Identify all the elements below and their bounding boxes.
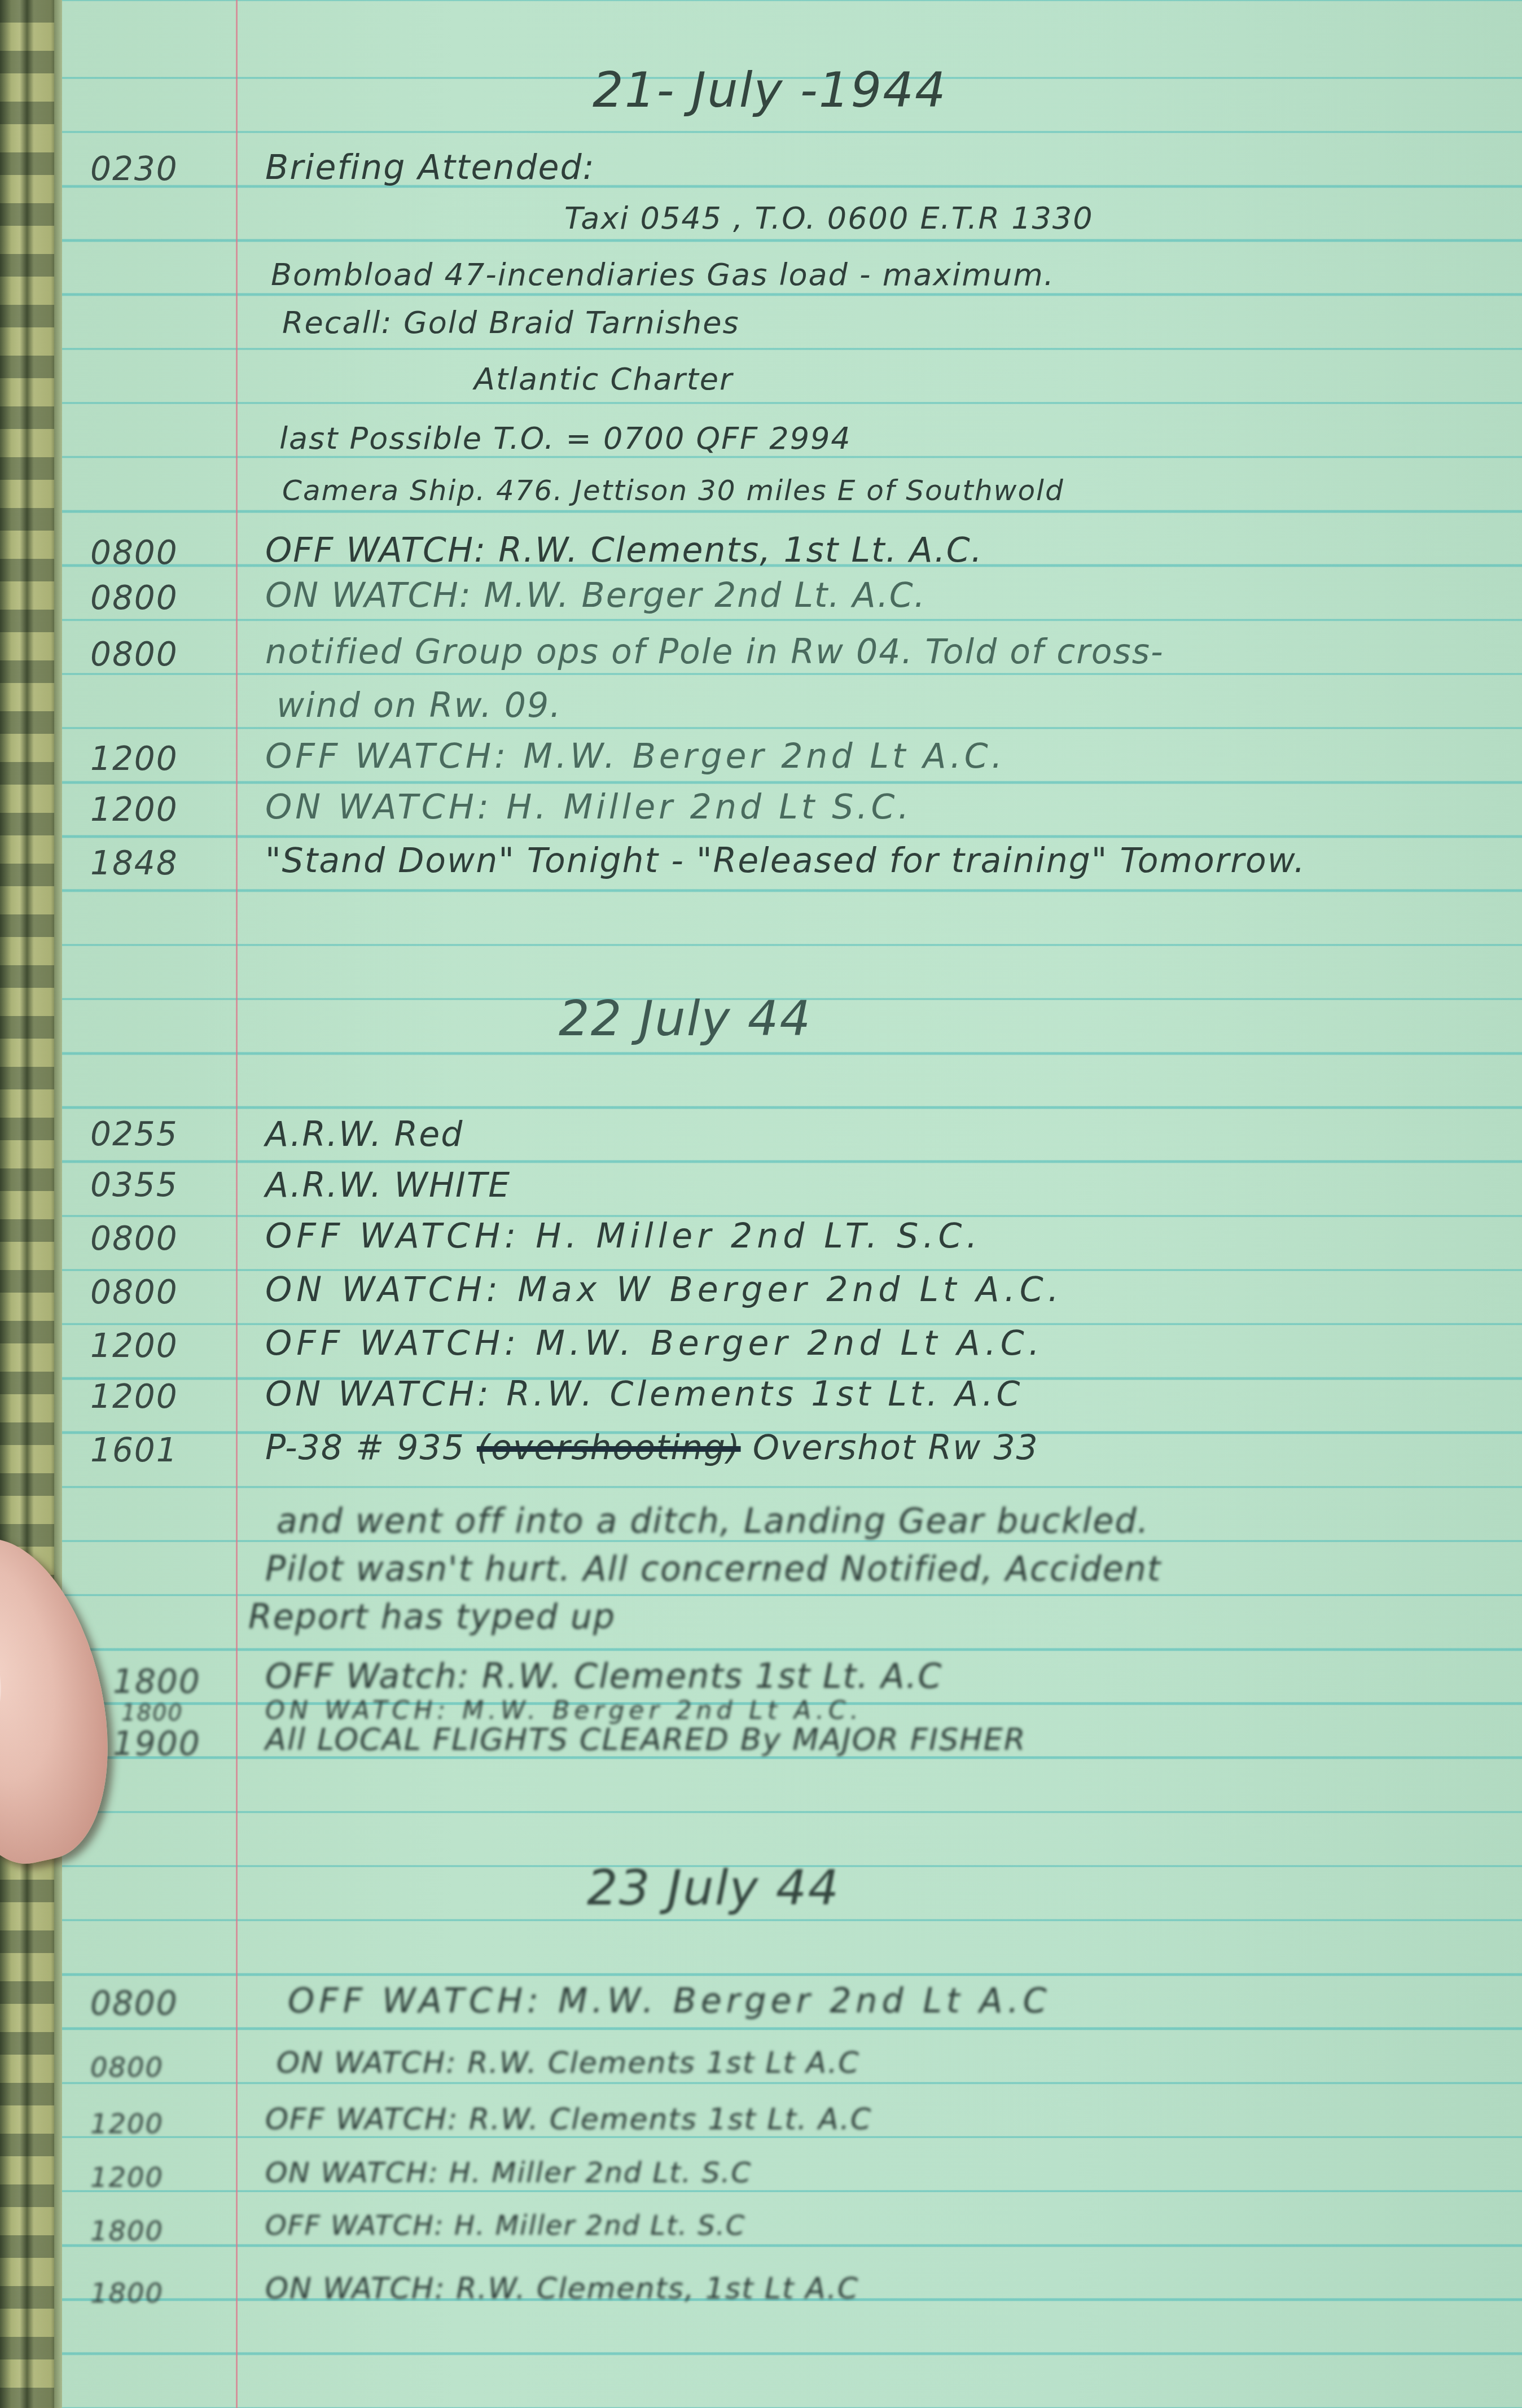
struck-text: (overshooting) (477, 1428, 741, 1468)
entry-text: Camera Ship. 476. Jettison 30 miles E of… (282, 474, 1064, 507)
entry-time: 0800 (90, 1273, 231, 1311)
entry-time: 1200 (90, 790, 231, 829)
entry-text: Bombload 47-incendiaries Gas load - maxi… (271, 257, 1055, 292)
entry-text: Recall: Gold Braid Tarnishes (282, 305, 740, 340)
log-book-page: 21- July -1944 0230 Briefing Attended: T… (0, 0, 1522, 2408)
entry-text: P-38 # 935 (overshooting) Overshot Rw 33 (265, 1428, 1039, 1468)
entry-text: Atlantic Charter (474, 361, 733, 397)
aircraft-id: P-38 # 935 (265, 1428, 465, 1468)
entry-text: ON WATCH: M.W. Berger 2nd Lt A.C. (265, 1696, 863, 1725)
entry-text: notified Group ops of Pole in Rw 04. Tol… (265, 632, 1164, 672)
entry-text: last Possible T.O. = 0700 QFF 2994 (279, 421, 852, 456)
entry-text: Report has typed up (248, 1597, 616, 1637)
entry-time: 0255 (90, 1115, 231, 1153)
entry-text: ON WATCH: H. Miller 2nd Lt. S.C (265, 2156, 752, 2189)
entry-text: Taxi 0545 , T.O. 0600 E.T.R 1330 (564, 200, 1094, 236)
entry-text: OFF WATCH: M.W. Berger 2nd Lt A.C (288, 1981, 1051, 2021)
entry-time: 0800 (90, 2052, 231, 2083)
entry-text: OFF WATCH: R.W. Clements 1st Lt. A.C (265, 2103, 872, 2136)
entry-text: All LOCAL FLIGHTS CLEARED By MAJOR FISHE… (265, 1722, 1026, 1757)
entry-text: ON WATCH: R.W. Clements 1st Lt. A.C (265, 1374, 1023, 1414)
entry-text: ON WATCH: R.W. Clements, 1st Lt A.C (265, 2272, 859, 2306)
entry-text: ON WATCH: R.W. Clements 1st Lt A.C (277, 2046, 860, 2080)
date-heading-21-july: 21- July -1944 (593, 62, 947, 119)
entry-text: "Stand Down" Tonight - "Released for tra… (265, 841, 1306, 881)
entry-time: 1800 (121, 1700, 262, 1726)
thumbnail-nail (0, 1602, 10, 1728)
entry-time: 1200 (90, 1377, 231, 1416)
entry-time: 1601 (90, 1431, 231, 1469)
entry-time: 1800 (113, 1662, 254, 1701)
entry-text: ON WATCH: M.W. Berger 2nd Lt. A.C. (265, 576, 926, 615)
entry-time: 1800 (90, 2278, 231, 2309)
entry-text: A.R.W. Red (265, 1115, 463, 1154)
book-binding (0, 0, 62, 2408)
entry-time: 0800 (90, 533, 231, 572)
margin-line (236, 0, 238, 2408)
entry-text: OFF WATCH: M.W. Berger 2nd Lt A.C. (265, 737, 1006, 776)
entry-time: 1800 (90, 2216, 231, 2247)
entry-time: 0355 (90, 1166, 231, 1204)
entry-time: 1200 (90, 1326, 231, 1365)
entry-text: A.R.W. WHITE (265, 1166, 511, 1205)
entry-text: OFF WATCH: R.W. Clements, 1st Lt. A.C. (265, 531, 983, 570)
entry-time: 0800 (90, 579, 231, 617)
entry-time: 0800 (90, 1219, 231, 1258)
entry-time: 1900 (113, 1724, 254, 1763)
entry-text: ON WATCH: Max W Berger 2nd Lt A.C. (265, 1270, 1063, 1310)
entry-time: 0800 (90, 635, 231, 673)
entry-time: 1200 (90, 2162, 231, 2194)
entry-text: Pilot wasn't hurt. All concerned Notifie… (265, 1549, 1161, 1589)
date-heading-22-july: 22 July 44 (559, 991, 812, 1047)
entry-text: wind on Rw. 09. (277, 686, 562, 725)
page-edge (54, 0, 62, 2408)
entry-time: 0230 (90, 150, 231, 188)
date-heading-23-july: 23 July 44 (587, 1860, 840, 1916)
entry-time: 1200 (90, 739, 231, 778)
entry-text: OFF WATCH: H. Miller 2nd Lt. S.C (265, 2210, 746, 2241)
entry-text: OFF WATCH: H. Miller 2nd LT. S.C. (265, 1216, 982, 1256)
entry-text: and went off into a ditch, Landing Gear … (277, 1501, 1150, 1541)
entry-text-cont: Overshot Rw 33 (753, 1428, 1039, 1468)
entry-text: OFF WATCH: M.W. Berger 2nd Lt A.C. (265, 1324, 1044, 1363)
entry-time: 1200 (90, 2108, 231, 2140)
entry-text: ON WATCH: H. Miller 2nd Lt S.C. (265, 787, 912, 827)
entry-time: 1848 (90, 844, 231, 882)
entry-text: Briefing Attended: (265, 148, 595, 187)
entry-time: 0800 (90, 1984, 231, 2022)
entry-text: OFF Watch: R.W. Clements 1st Lt. A.C (265, 1657, 942, 1696)
